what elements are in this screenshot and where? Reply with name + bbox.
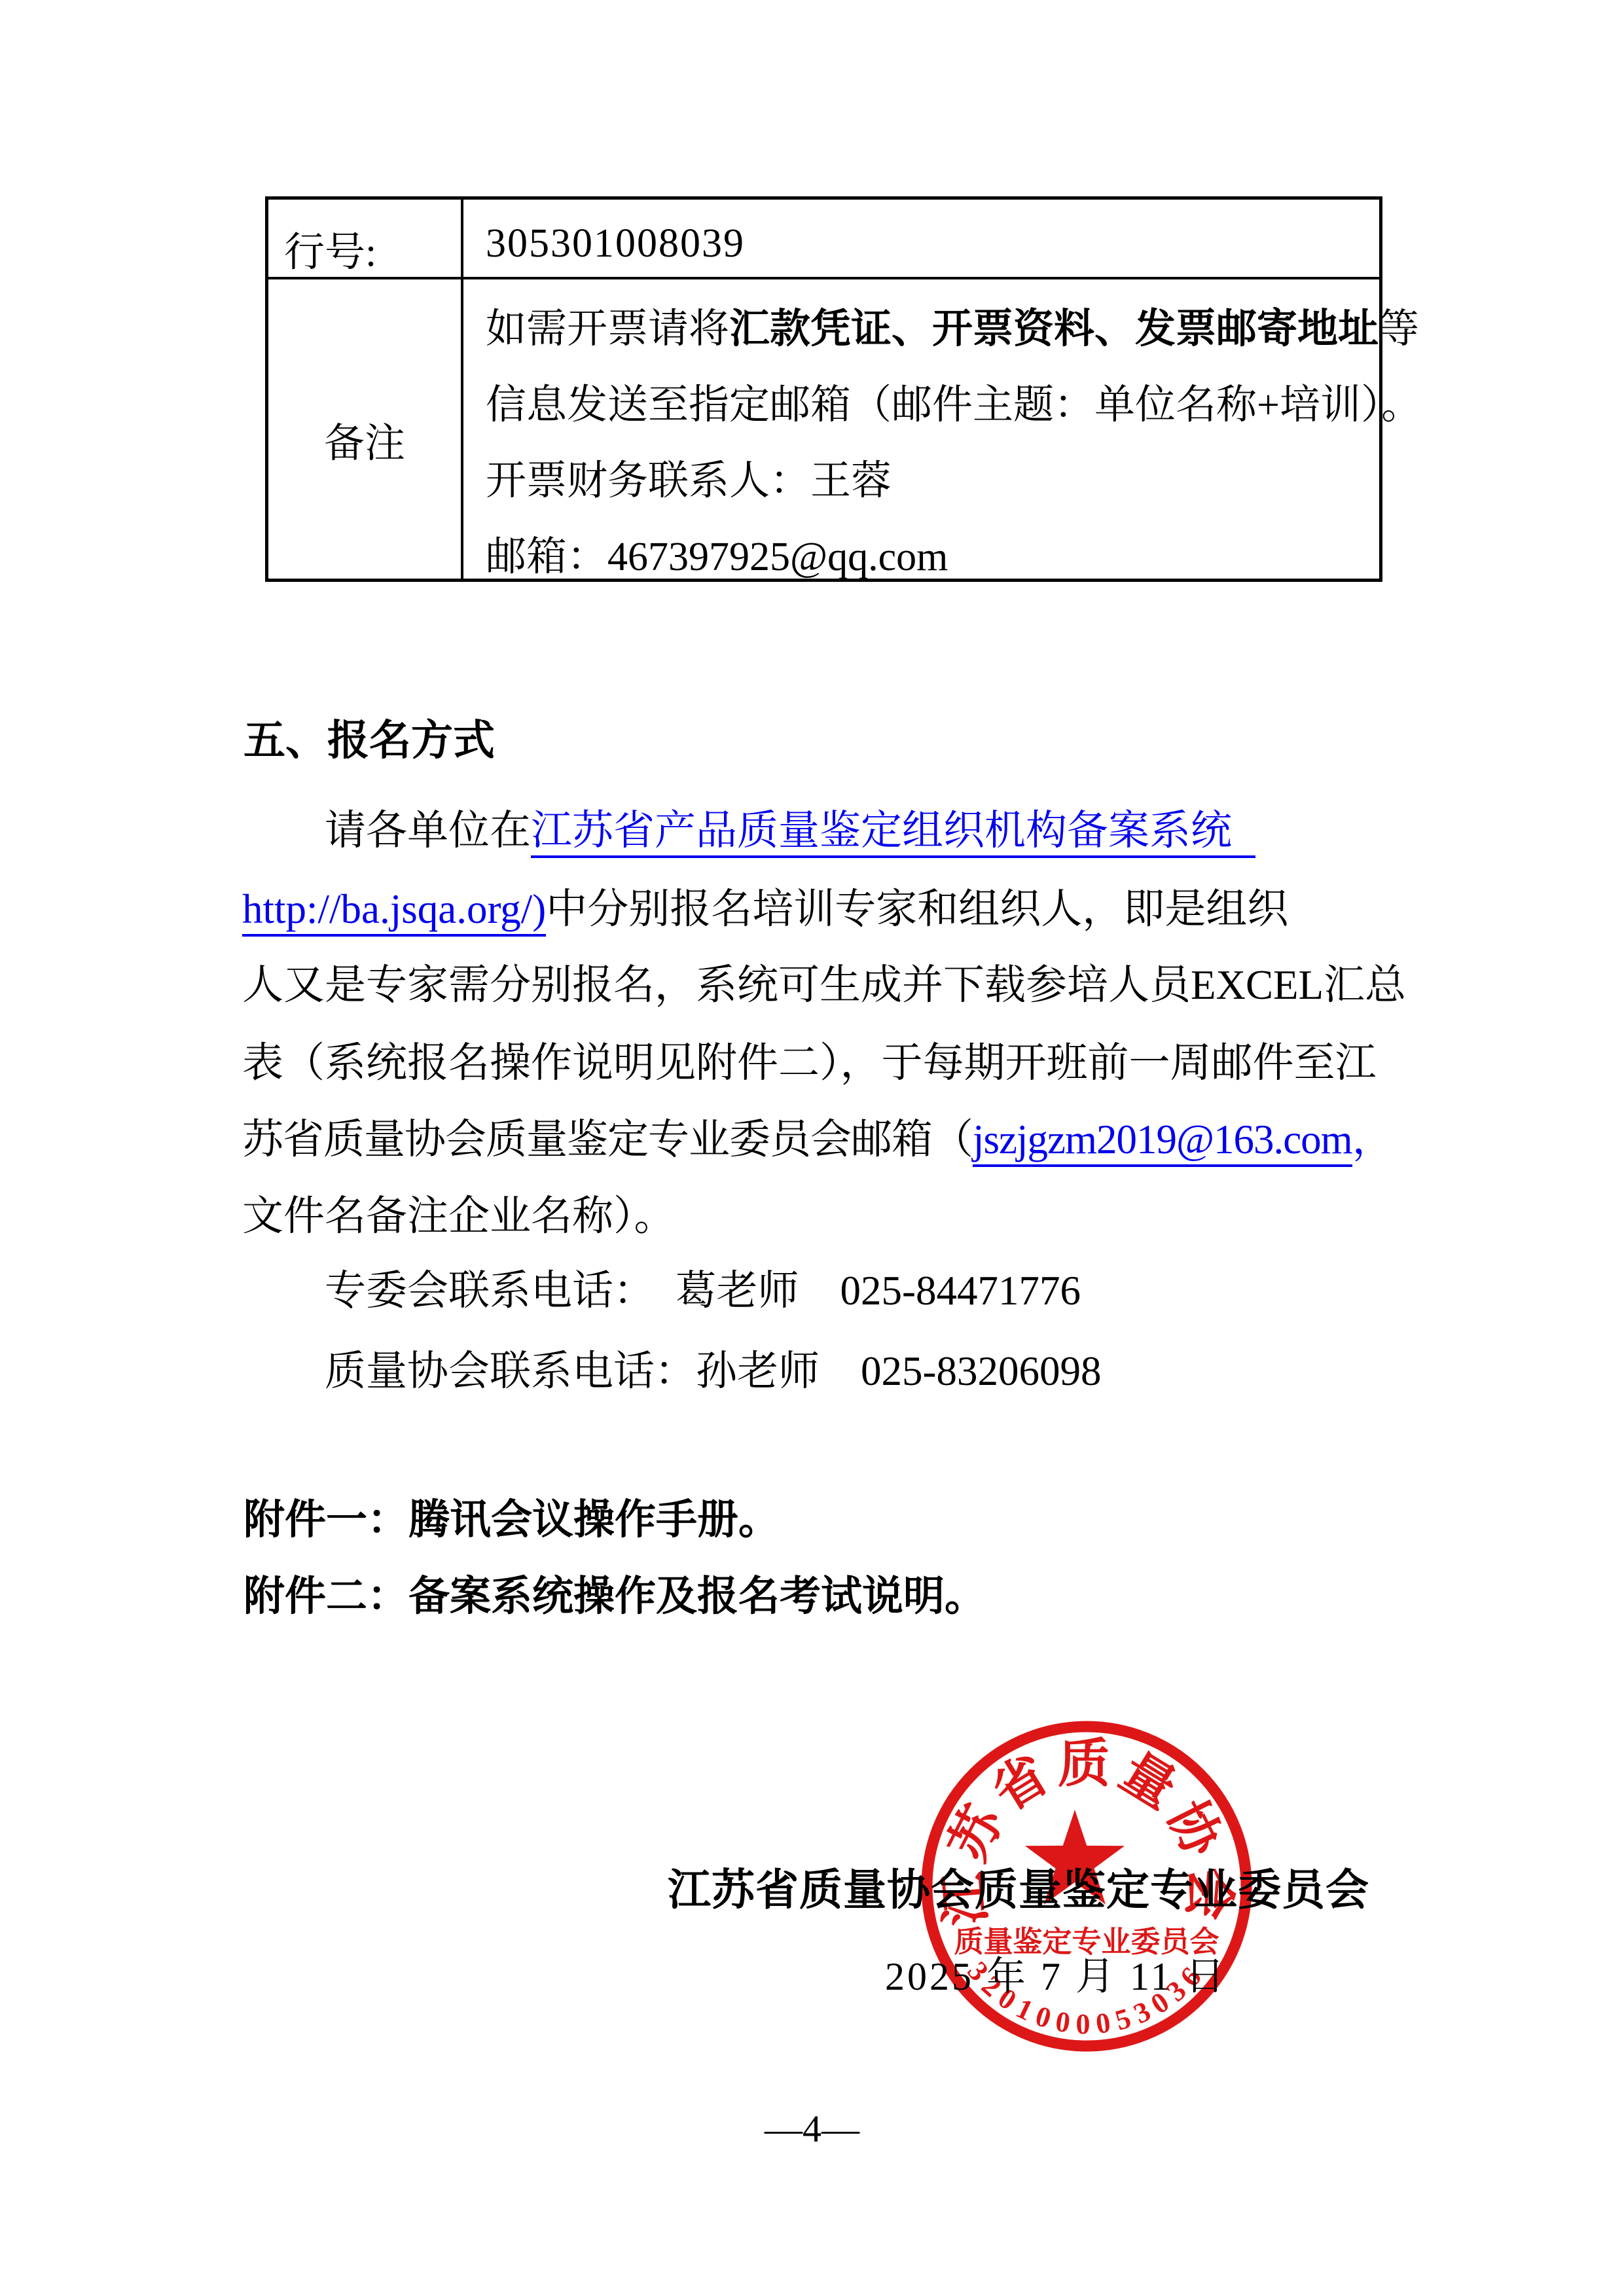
remark-line-1: 如需开票请将汇款凭证、开票资料、发票邮寄地址等 [486,291,1422,367]
page-number: —4— [0,2110,1624,2148]
paragraph-line-3: 人又是专家需分别报名，系统可生成并下载参培人员EXCEL汇总 [242,965,1406,1006]
paragraph-line-2-text: 中分别报名培训专家和组织人，即是组织 [546,886,1288,932]
remark-line-1-bold: 汇款凭证、开票资料、发票邮寄地址 [729,307,1379,351]
paragraph-line-2: http://ba.jsqa.org/)中分别报名培训专家和组织人，即是组织 [242,889,1288,930]
paragraph-line-5-text: 苏省质量协会质量鉴定专业委员会邮箱（ [242,1117,973,1162]
payment-info-table: 行号: 305301008039 备注 如需开票请将汇款凭证、开票资料、发票邮寄… [265,196,1382,582]
association-phone-line: 质量协会联系电话：孙老师 025-83206098 [325,1351,1101,1392]
paragraph-line-6: 文件名备注企业名称）。 [242,1196,676,1237]
registration-url-link[interactable]: http://ba.jsqa.org/) [242,886,546,937]
remark-line-1-pre: 如需开票请将 [486,307,729,351]
paragraph-line-5-comma: ， [1352,1117,1393,1162]
remark-line-2: 信息发送至指定邮箱（邮件主题：单位名称+培训）。 [486,367,1422,443]
remark-line-1-post: 等 [1379,307,1419,351]
committee-email-link[interactable]: jszjgzm2019@163.com [973,1117,1352,1167]
table-row-divider [268,277,1379,279]
official-seal: 江苏省质量协会 3201000053036 质量鉴定专业委员会 [903,1703,1270,2070]
remarks-content: 如需开票请将汇款凭证、开票资料、发票邮寄地址等 信息发送至指定邮箱（邮件主题：单… [486,291,1422,595]
remark-line-4: 邮箱：467397925@qq.com [486,519,1422,595]
seal-star-icon [1025,1810,1125,1905]
attachment-1-line: 附件一：腾讯会议操作手册。 [244,1499,780,1541]
seal-code: 3201000053036 [961,1956,1212,2040]
remarks-label: 备注 [268,410,461,469]
bank-line-label: 行号: [284,219,376,278]
paragraph-line-1-text: 请各单位在 [325,808,531,853]
paragraph-line-1: 请各单位在江苏省产品质量鉴定组织机构备案系统 [325,810,1255,852]
bank-line-value: 305301008039 [486,221,745,267]
registration-system-link[interactable]: 江苏省产品质量鉴定组织机构备案系统 [531,808,1255,858]
paragraph-line-5: 苏省质量协会质量鉴定专业委员会邮箱（jszjgzm2019@163.com， [242,1119,1393,1160]
document-page: 行号: 305301008039 备注 如需开票请将汇款凭证、开票资料、发票邮寄… [0,0,1624,2296]
section-title: 五、报名方式 [244,719,495,761]
paragraph-line-4: 表（系统报名操作说明见附件二），于每期开班前一周邮件至江 [242,1043,1377,1084]
seal-center-text: 质量鉴定专业委员会 [954,1925,1219,1958]
table-column-divider [461,200,463,579]
attachment-2-line: 附件二：备案系统操作及报名考试说明。 [244,1576,986,1617]
committee-phone-line: 专委会联系电话： 葛老师 025-84471776 [325,1270,1081,1312]
remark-line-3: 开票财务联系人：王蓉 [486,443,1422,519]
